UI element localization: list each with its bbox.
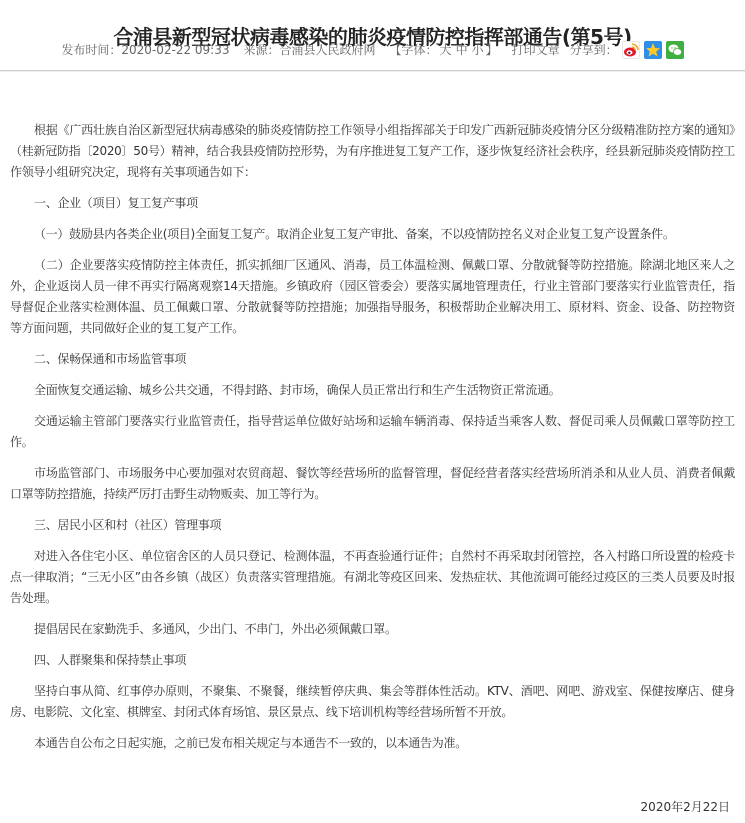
wechat-icon[interactable]	[666, 41, 684, 59]
paragraph: （二）企业要落实疫情防控主体责任，抓实抓细厂区通风、消毒，员工体温检测、佩戴口罩…	[10, 255, 735, 339]
font-size-small-link[interactable]: 小	[472, 40, 484, 60]
paragraph: 全面恢复交通运输、城乡公共交通，不得封路、封市场，确保人员正常出行和生产生活物资…	[10, 380, 735, 401]
paragraph: 对进入各住宅小区、单位宿舍区的人员只登记、检测体温，不再查验通行证件；自然村不再…	[10, 546, 735, 609]
publish-label: 发布时间：	[61, 40, 121, 60]
paragraph: 交通运输主管部门要落实行业监管责任，指导营运单位做好站场和运输车辆消毒、保持适当…	[10, 411, 735, 453]
font-size-medium-link[interactable]: 中	[456, 40, 468, 60]
source-value: 合浦县人民政府网	[280, 40, 376, 60]
font-size-label-open: 【字体：	[390, 40, 438, 60]
weibo-icon[interactable]	[622, 41, 640, 59]
paragraph: 坚持白事从简、红事停办原则，不聚集、不聚餐，继续暂停庆典、集会等群体性活动。KT…	[10, 681, 735, 723]
publish-time: 2020-02-22 09:33	[121, 40, 229, 60]
section-heading-1: 一、企业（项目）复工复产事项	[10, 193, 735, 214]
paragraph: （一）鼓励县内各类企业(项目)全面复工复产。取消企业复工复产审批、备案，不以疫情…	[10, 224, 735, 245]
paragraph: 市场监管部门、市场服务中心要加强对农贸商超、餐饮等经营场所的监督管理，督促经营者…	[10, 463, 735, 505]
print-article-link[interactable]: 打印文章	[512, 40, 560, 60]
header-divider	[0, 70, 745, 72]
article-body: 根据《广西壮族自治区新型冠状病毒感染的肺炎疫情防控工作领导小组指挥部关于印发广西…	[10, 120, 735, 764]
font-size-label-close: 】	[486, 40, 498, 60]
share-label: 分享到：	[570, 40, 618, 60]
article-meta-bar: 发布时间： 2020-02-22 09:33 来源： 合浦县人民政府网 【字体：…	[0, 40, 745, 60]
paragraph: 提倡居民在家勤洗手、多通风，少出门、不串门，外出必须佩戴口罩。	[10, 619, 735, 640]
signature-date: 2020年2月22日	[641, 799, 730, 815]
paragraph-closing: 本通告自公布之日起实施，之前已发布相关规定与本通告不一致的，以本通告为准。	[10, 733, 735, 754]
source-label: 来源：	[244, 40, 280, 60]
font-size-large-link[interactable]: 大	[440, 40, 452, 60]
paragraph-intro: 根据《广西壮族自治区新型冠状病毒感染的肺炎疫情防控工作领导小组指挥部关于印发广西…	[10, 120, 735, 183]
section-heading-2: 二、保畅保通和市场监管事项	[10, 349, 735, 370]
section-heading-3: 三、居民小区和村（社区）管理事项	[10, 515, 735, 536]
qzone-icon[interactable]	[644, 41, 662, 59]
section-heading-4: 四、人群聚集和保持禁止事项	[10, 650, 735, 671]
